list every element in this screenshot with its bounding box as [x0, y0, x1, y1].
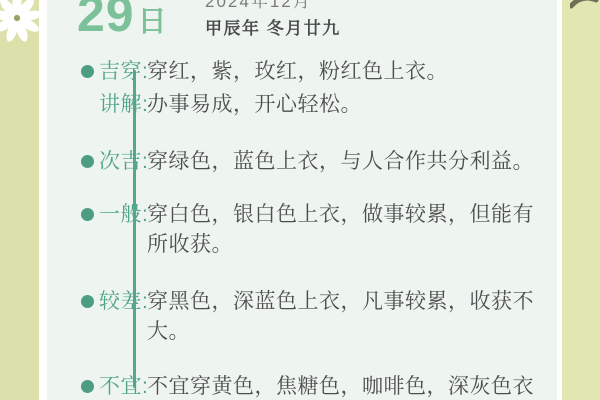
advice-label: 较差: — [99, 287, 148, 317]
advice-label: 讲解: — [99, 90, 148, 120]
advice-label: 次吉: — [99, 147, 148, 177]
advice-label: 一般: — [99, 200, 148, 230]
advice-text: 办事易成，开心轻松。 — [147, 93, 362, 116]
right-decor-strip — [562, 0, 600, 400]
card-body: 29日 2024年12月 甲辰年 冬月廿九 吉穿:穿红，紫，玫红，粉红色上衣。讲… — [47, 0, 557, 400]
advice-label: 不宜: — [99, 372, 148, 400]
advice-text: 穿红，紫，玫红，粉红色上衣。 — [147, 60, 448, 83]
advice-text: 不宜穿黄色，焦糖色，咖啡色，深灰色衣 — [147, 375, 534, 398]
advice-row: 不宜:不宜穿黄色，焦糖色，咖啡色，深灰色衣 — [47, 372, 539, 400]
bullet-dot-icon — [81, 65, 94, 78]
advice-item: 较差:穿黑色，深蓝色上衣，凡事较累，收获不大。 — [47, 287, 557, 347]
bullet-dot-icon — [81, 295, 94, 308]
advice-list: 吉穿:穿红，紫，玫红，粉红色上衣。讲解:办事易成，开心轻松。次吉:穿绿色，蓝色上… — [47, 0, 557, 400]
advice-row: 吉穿:穿红，紫，玫红，粉红色上衣。 — [47, 57, 539, 87]
bullet-dot-icon — [81, 155, 94, 168]
advice-row: 较差:穿黑色，深蓝色上衣，凡事较累，收获不大。 — [47, 287, 539, 347]
advice-sub-row: 讲解:办事易成，开心轻松。 — [47, 90, 539, 120]
advice-row: 次吉:穿绿色，蓝色上衣，与人合作共分利益。 — [47, 147, 539, 177]
advice-item: 次吉:穿绿色，蓝色上衣，与人合作共分利益。 — [47, 147, 557, 177]
advice-label: 吉穿: — [99, 57, 148, 87]
advice-item: 吉穿:穿红，紫，玫红，粉红色上衣。讲解:办事易成，开心轻松。 — [47, 57, 557, 120]
bullet-dot-icon — [81, 380, 94, 393]
almanac-card: { "card": { "colors": { "left_strip": "#… — [0, 0, 600, 400]
advice-text: 穿黑色，深蓝色上衣，凡事较累，收获不大。 — [147, 290, 534, 343]
advice-item: 一般:穿白色，银白色上衣，做事较累，但能有所收获。 — [47, 200, 557, 260]
bullet-dot-icon — [81, 208, 94, 221]
flower-icon — [0, 0, 44, 45]
leaf-icon — [570, 0, 600, 11]
left-decor-strip — [0, 0, 39, 400]
advice-row: 一般:穿白色，银白色上衣，做事较累，但能有所收获。 — [47, 200, 539, 260]
advice-item: 不宜:不宜穿黄色，焦糖色，咖啡色，深灰色衣 — [47, 372, 557, 400]
advice-text: 穿绿色，蓝色上衣，与人合作共分利益。 — [147, 150, 534, 173]
advice-text: 穿白色，银白色上衣，做事较累，但能有所收获。 — [147, 203, 534, 256]
